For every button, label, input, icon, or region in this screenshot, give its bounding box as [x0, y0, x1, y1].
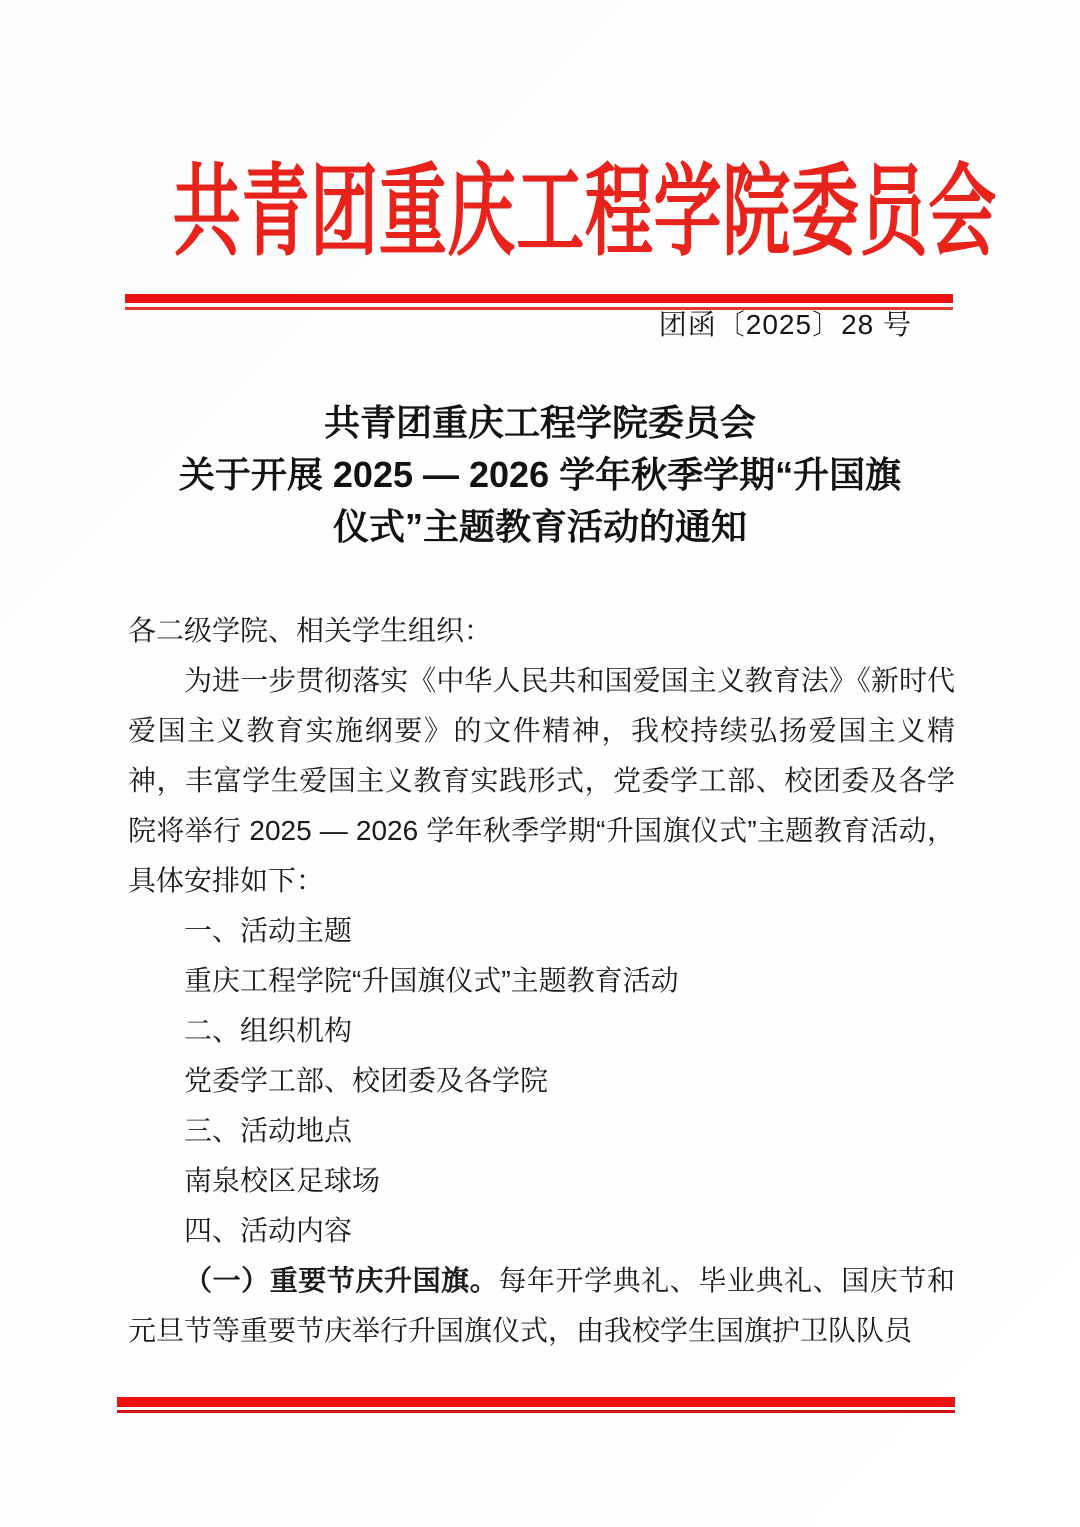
doc-title-line-1: 共青团重庆工程学院委员会 — [50, 397, 1030, 449]
document-page: 共青团重庆工程学院委员会 团函〔2025〕28 号 共青团重庆工程学院委员会 关… — [0, 0, 1080, 1527]
footer-rule-thick — [117, 1397, 955, 1407]
section-heading-2: 二、组织机构 — [128, 1006, 955, 1056]
document-body: 各二级学院、相关学生组织： 为进一步贯彻落实《中华人民共和国爱国主义教育法》《新… — [128, 606, 955, 1356]
letterhead-org-title: 共青团重庆工程学院委员会 — [173, 156, 907, 268]
letterhead-rule-thick — [125, 294, 953, 303]
footer-rule-thin — [117, 1410, 955, 1413]
section-heading-3: 三、活动地点 — [128, 1106, 955, 1156]
intro-paragraph: 为进一步贯彻落实《中华人民共和国爱国主义教育法》《新时代爱国主义教育实施纲要》的… — [128, 656, 955, 906]
section-content-3: 南泉校区足球场 — [128, 1156, 955, 1206]
section-content-1: 重庆工程学院“升国旗仪式”主题教育活动 — [128, 956, 955, 1006]
section-heading-4: 四、活动内容 — [128, 1206, 955, 1256]
item-lead-bold: （一）重要节庆升国旗。 — [184, 1265, 498, 1296]
doc-title-line-3: 仪式”主题教育活动的通知 — [50, 501, 1030, 553]
salutation: 各二级学院、相关学生组织： — [128, 606, 955, 656]
section-heading-1: 一、活动主题 — [128, 906, 955, 956]
doc-title: 共青团重庆工程学院委员会 关于开展 2025 — 2026 学年秋季学期“升国旗… — [50, 397, 1030, 553]
doc-title-line-2: 关于开展 2025 — 2026 学年秋季学期“升国旗 — [50, 449, 1030, 501]
item-paragraph: （一）重要节庆升国旗。每年开学典礼、毕业典礼、国庆节和元旦节等重要节庆举行升国旗… — [128, 1256, 955, 1356]
doc-number: 团函〔2025〕28 号 — [659, 303, 912, 343]
section-content-2: 党委学工部、校团委及各学院 — [128, 1056, 955, 1106]
